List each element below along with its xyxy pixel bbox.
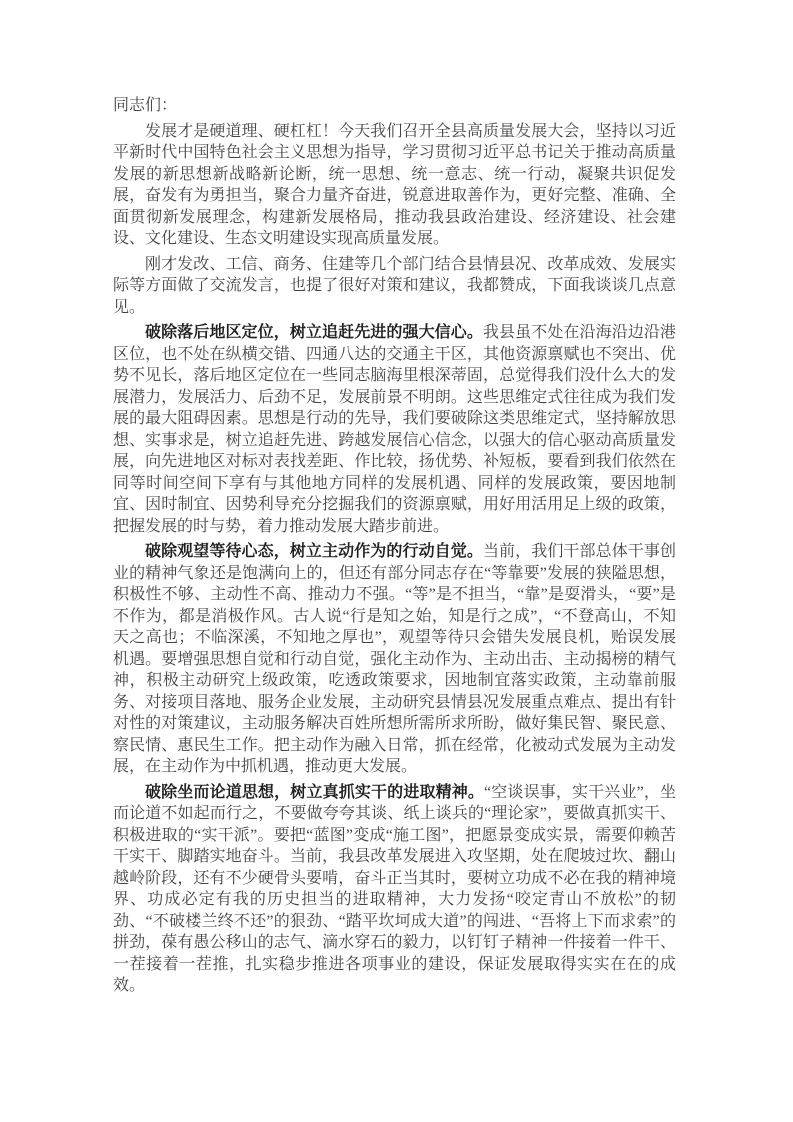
paragraph-body: 我县虽不处在沿海沿边沿港区位，也不处在纵横交错、四通八达的交通主干区，其他资源禀… — [113, 324, 676, 535]
paragraph-body: 当前，我们干部总体干事创业的精神气象还是饱满向上的，但还有部分同志存在“等靠要”… — [113, 543, 676, 775]
paragraph-body: 刚才发改、工信、商务、住建等几个部门结合县情县况、改革成效、发展实际等方面做了交… — [113, 256, 676, 316]
paragraph-body: 发展才是硬道理、硬杠杠！今天我们召开全县高质量发展大会，坚持以习近平新时代中国特… — [113, 123, 676, 248]
paragraph-transition: 刚才发改、工信、商务、住建等几个部门结合县情县况、改革成效、发展实际等方面做了交… — [113, 254, 676, 319]
salutation: 同志们： — [113, 95, 676, 117]
paragraph-lead: 破除落后地区定位，树立追赶先进的强大信心。 — [145, 324, 483, 341]
paragraph-intro: 发展才是硬道理、硬杠杠！今天我们召开全县高质量发展大会，坚持以习近平新时代中国特… — [113, 121, 676, 250]
paragraph-body: “空谈误事，实干兴业”，坐而论道不如起而行之，不要做夸夸其谈、纸上谈兵的“理论家… — [113, 784, 676, 995]
paragraph-point-3: 破除坐而论道思想，树立真抓实干的进取精神。“空谈误事，实干兴业”，坐而论道不如起… — [113, 782, 676, 997]
paragraph-point-2: 破除观望等待心态，树立主动作为的行动自觉。当前，我们干部总体干事创业的精神气象还… — [113, 541, 676, 778]
paragraph-lead: 破除观望等待心态，树立主动作为的行动自觉。 — [145, 543, 483, 560]
paragraph-point-1: 破除落后地区定位，树立追赶先进的强大信心。我县虽不处在沿海沿边沿港区位，也不处在… — [113, 322, 676, 537]
document-content: 同志们： 发展才是硬道理、硬杠杠！今天我们召开全县高质量发展大会，坚持以习近平新… — [113, 95, 676, 1001]
document-page: 同志们： 发展才是硬道理、硬杠杠！今天我们召开全县高质量发展大会，坚持以习近平新… — [0, 0, 793, 1122]
paragraph-lead: 破除坐而论道思想，树立真抓实干的进取精神。 — [145, 784, 484, 801]
